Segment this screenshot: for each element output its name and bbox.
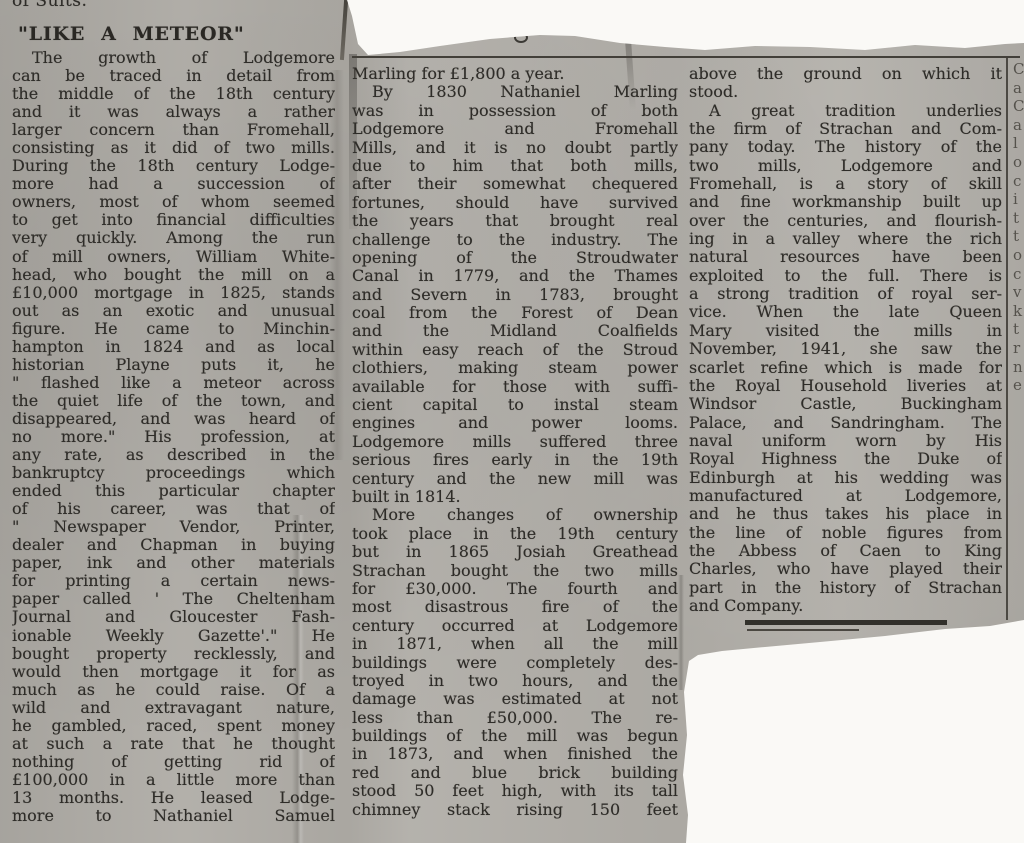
text-line: coal from the Forest of Dean: [352, 304, 678, 322]
text-line: exploited to the full. There is: [689, 267, 1002, 285]
text-line: Charles, who have played their: [689, 560, 1002, 578]
text-line: bankruptcy proceedings which: [12, 464, 335, 482]
text-line: " Newspaper Vendor, Printer,: [12, 518, 335, 536]
torn-text-fragment: t: [1013, 209, 1024, 228]
text-line: in 1873, and when finished the: [352, 745, 678, 763]
torn-text-fragment: k: [1013, 302, 1024, 321]
text-line: The growth of Lodgemore: [12, 49, 335, 67]
text-line: figure. He came to Minchin-: [12, 320, 335, 338]
text-line: much as he could raise. Of a: [12, 681, 335, 699]
text-line: Mills, and it is no doubt partly: [352, 139, 678, 157]
text-line: head, who bought the mill on a: [12, 266, 335, 284]
text-line: and fine workmanship built up: [689, 193, 1002, 211]
text-line: vice. When the late Queen: [689, 303, 1002, 321]
article-column-middle: Marling for £1,800 a year.By 1830 Nathan…: [352, 65, 678, 819]
text-line: due to him that both mills,: [352, 157, 678, 175]
article-column-right: above the ground on which itstood.A grea…: [689, 65, 1002, 615]
torn-edge-fragments: CaCalocittocvktrne: [1013, 60, 1024, 395]
text-line: of mill owners, William White-: [12, 248, 335, 266]
text-line: 13 months. He leased Lodge-: [12, 789, 335, 807]
text-line: Royal Highness the Duke of: [689, 450, 1002, 468]
text-line: part in the history of Strachan: [689, 579, 1002, 597]
text-line: out as an exotic and unusual: [12, 302, 335, 320]
text-line: cient capital to instal steam: [352, 396, 678, 414]
text-line: serious fires early in the 19th: [352, 451, 678, 469]
horizontal-column-rule: [352, 56, 1020, 58]
text-line: dealer and Chapman in buying: [12, 536, 335, 554]
text-line: Canal in 1779, and the Thames: [352, 267, 678, 285]
text-line: century occurred at Lodgemore: [352, 617, 678, 635]
text-line: over the centuries, and flourish-: [689, 212, 1002, 230]
torn-text-fragment: o: [1013, 246, 1024, 265]
text-line: bought property recklessly, and: [12, 645, 335, 663]
text-line: consisting as it did of two mills.: [12, 139, 335, 157]
text-line: Journal and Gloucester Fash-: [12, 608, 335, 626]
text-line: and Severn in 1783, brought: [352, 286, 678, 304]
text-line: the line of noble figures from: [689, 524, 1002, 542]
torn-text-fragment: r: [1013, 339, 1024, 358]
text-line: A great tradition underlies: [689, 102, 1002, 120]
text-line: red and blue brick building: [352, 764, 678, 782]
vertical-column-rule: [1006, 58, 1008, 620]
paper-speck: [514, 32, 528, 43]
torn-text-fragment: C: [1013, 60, 1024, 79]
text-line: no more." His profession, at: [12, 428, 335, 446]
text-line: Strachan bought the two mills: [352, 562, 678, 580]
fragment-text: of Suits.: [12, 0, 335, 11]
text-line: nothing of getting rid of: [12, 753, 335, 771]
text-line: During the 18th century Lodge-: [12, 157, 335, 175]
text-line: hampton in 1824 and as local: [12, 338, 335, 356]
text-line: the years that brought real: [352, 212, 678, 230]
text-line: less than £50,000. The re-: [352, 709, 678, 727]
article-column-left: of Suits. "LIKE A METEOR" The growth of …: [12, 0, 335, 825]
text-line: buildings were completely des-: [352, 654, 678, 672]
text-line: any rate, as described in the: [12, 446, 335, 464]
torn-text-fragment: C: [1013, 97, 1024, 116]
text-line: disappeared, and was heard of: [12, 410, 335, 428]
text-line: he gambled, raced, spent money: [12, 717, 335, 735]
torn-text-fragment: c: [1013, 172, 1024, 191]
torn-text-fragment: l: [1013, 134, 1024, 153]
text-line: More changes of ownership: [352, 506, 678, 524]
text-line: manufactured at Lodgemore,: [689, 487, 1002, 505]
cropped-line-fragment: of Suits.: [12, 0, 335, 13]
text-line: paper, ink and other materials: [12, 554, 335, 572]
text-line: more had a succession of: [12, 175, 335, 193]
text-line: damage was estimated at not: [352, 690, 678, 708]
text-line: Palace, and Sandringham. The: [689, 414, 1002, 432]
body-text-left: The growth of Lodgemorecan be traced in …: [12, 49, 335, 825]
text-line: and the Midland Coalfields: [352, 322, 678, 340]
text-line: Mary visited the mills in: [689, 322, 1002, 340]
text-line: £10,000 mortgage in 1825, stands: [12, 284, 335, 302]
torn-text-fragment: c: [1013, 265, 1024, 284]
text-line: chimney stack rising 150 feet: [352, 801, 678, 819]
text-line: historian Playne puts it, he: [12, 356, 335, 374]
text-line: built in 1814.: [352, 488, 678, 506]
text-line: for £30,000. The fourth and: [352, 580, 678, 598]
text-line: paper called ' The Cheltenham: [12, 590, 335, 608]
text-line: ionable Weekly Gazette'." He: [12, 627, 335, 645]
torn-text-fragment: n: [1013, 358, 1024, 377]
text-line: Edinburgh at his wedding was: [689, 469, 1002, 487]
text-line: pany today. The history of the: [689, 138, 1002, 156]
torn-text-fragment: t: [1013, 320, 1024, 339]
torn-text-fragment: i: [1013, 190, 1024, 209]
scanned-newspaper-clipping: { "document": { "kind": "newspaper clipp…: [0, 0, 1024, 843]
text-line: " flashed like a meteor across: [12, 374, 335, 392]
torn-gutter-line: [340, 0, 348, 60]
text-line: natural resources have been: [689, 248, 1002, 266]
article-headline: "LIKE A METEOR": [18, 23, 335, 45]
text-line: within easy reach of the Stroud: [352, 341, 678, 359]
text-line: opening of the Stroudwater: [352, 249, 678, 267]
torn-text-fragment: o: [1013, 153, 1024, 172]
text-line: Lodgemore and Fromehall: [352, 120, 678, 138]
text-line: to get into financial difficulties: [12, 211, 335, 229]
text-line: but in 1865 Josiah Greathead: [352, 543, 678, 561]
text-line: and it was always a rather: [12, 103, 335, 121]
text-line: was in possession of both: [352, 102, 678, 120]
text-line: clothiers, making steam power: [352, 359, 678, 377]
torn-text-fragment: v: [1013, 283, 1024, 302]
text-line: ing in a valley where the rich: [689, 230, 1002, 248]
text-line: century and the new mill was: [352, 470, 678, 488]
torn-text-fragment: t: [1013, 227, 1024, 246]
article-end-rule: [745, 620, 947, 625]
text-line: the Royal Household liveries at: [689, 377, 1002, 395]
text-line: for printing a certain news-: [12, 572, 335, 590]
text-line: the firm of Strachan and Com-: [689, 120, 1002, 138]
torn-text-fragment: a: [1013, 79, 1024, 98]
text-line: Windsor Castle, Buckingham: [689, 395, 1002, 413]
text-line: November, 1941, she saw the: [689, 340, 1002, 358]
article-end-rule-thin: [747, 629, 859, 631]
text-line: troyed in two hours, and the: [352, 672, 678, 690]
text-line: stood 50 feet high, with its tall: [352, 782, 678, 800]
text-line: scarlet refine which is made for: [689, 359, 1002, 377]
paper-crease: [678, 575, 684, 690]
text-line: would then mortgage it for as: [12, 663, 335, 681]
text-line: can be traced in detail from: [12, 67, 335, 85]
text-line: By 1830 Nathaniel Marling: [352, 83, 678, 101]
text-line: naval uniform worn by His: [689, 432, 1002, 450]
text-line: took place in the 19th century: [352, 525, 678, 543]
text-line: in 1871, when all the mill: [352, 635, 678, 653]
text-line: Marling for £1,800 a year.: [352, 65, 678, 83]
text-line: £100,000 in a little more than: [12, 771, 335, 789]
text-line: at such a rate that he thought: [12, 735, 335, 753]
text-line: very quickly. Among the run: [12, 229, 335, 247]
text-line: after their somewhat chequered: [352, 175, 678, 193]
text-line: more to Nathaniel Samuel: [12, 807, 335, 825]
text-line: Lodgemore mills suffered three: [352, 433, 678, 451]
text-line: and he thus takes his place in: [689, 505, 1002, 523]
text-line: larger concern than Fromehall,: [12, 121, 335, 139]
body-text-right: above the ground on which itstood.A grea…: [689, 65, 1002, 615]
text-line: buildings of the mill was begun: [352, 727, 678, 745]
body-text-middle: Marling for £1,800 a year.By 1830 Nathan…: [352, 65, 678, 819]
text-line: available for those with suffi-: [352, 378, 678, 396]
text-line: the Abbess of Caen to King: [689, 542, 1002, 560]
text-line: above the ground on which it: [689, 65, 1002, 83]
text-line: fortunes, should have survived: [352, 194, 678, 212]
text-line: a strong tradition of royal ser-: [689, 285, 1002, 303]
text-line: stood.: [689, 83, 1002, 101]
text-line: engines and power looms.: [352, 414, 678, 432]
text-line: the quiet life of the town, and: [12, 392, 335, 410]
text-line: most disastrous fire of the: [352, 598, 678, 616]
text-line: owners, most of whom seemed: [12, 193, 335, 211]
text-line: Fromehall, is a story of skill: [689, 175, 1002, 193]
text-line: and Company.: [689, 597, 1002, 615]
text-line: two mills, Lodgemore and: [689, 157, 1002, 175]
text-line: of his career, was that of: [12, 500, 335, 518]
text-line: the middle of the 18th century: [12, 85, 335, 103]
text-line: wild and extravagant nature,: [12, 699, 335, 717]
text-line: ended this particular chapter: [12, 482, 335, 500]
torn-text-fragment: a: [1013, 116, 1024, 135]
torn-text-fragment: e: [1013, 376, 1024, 395]
text-line: challenge to the industry. The: [352, 231, 678, 249]
